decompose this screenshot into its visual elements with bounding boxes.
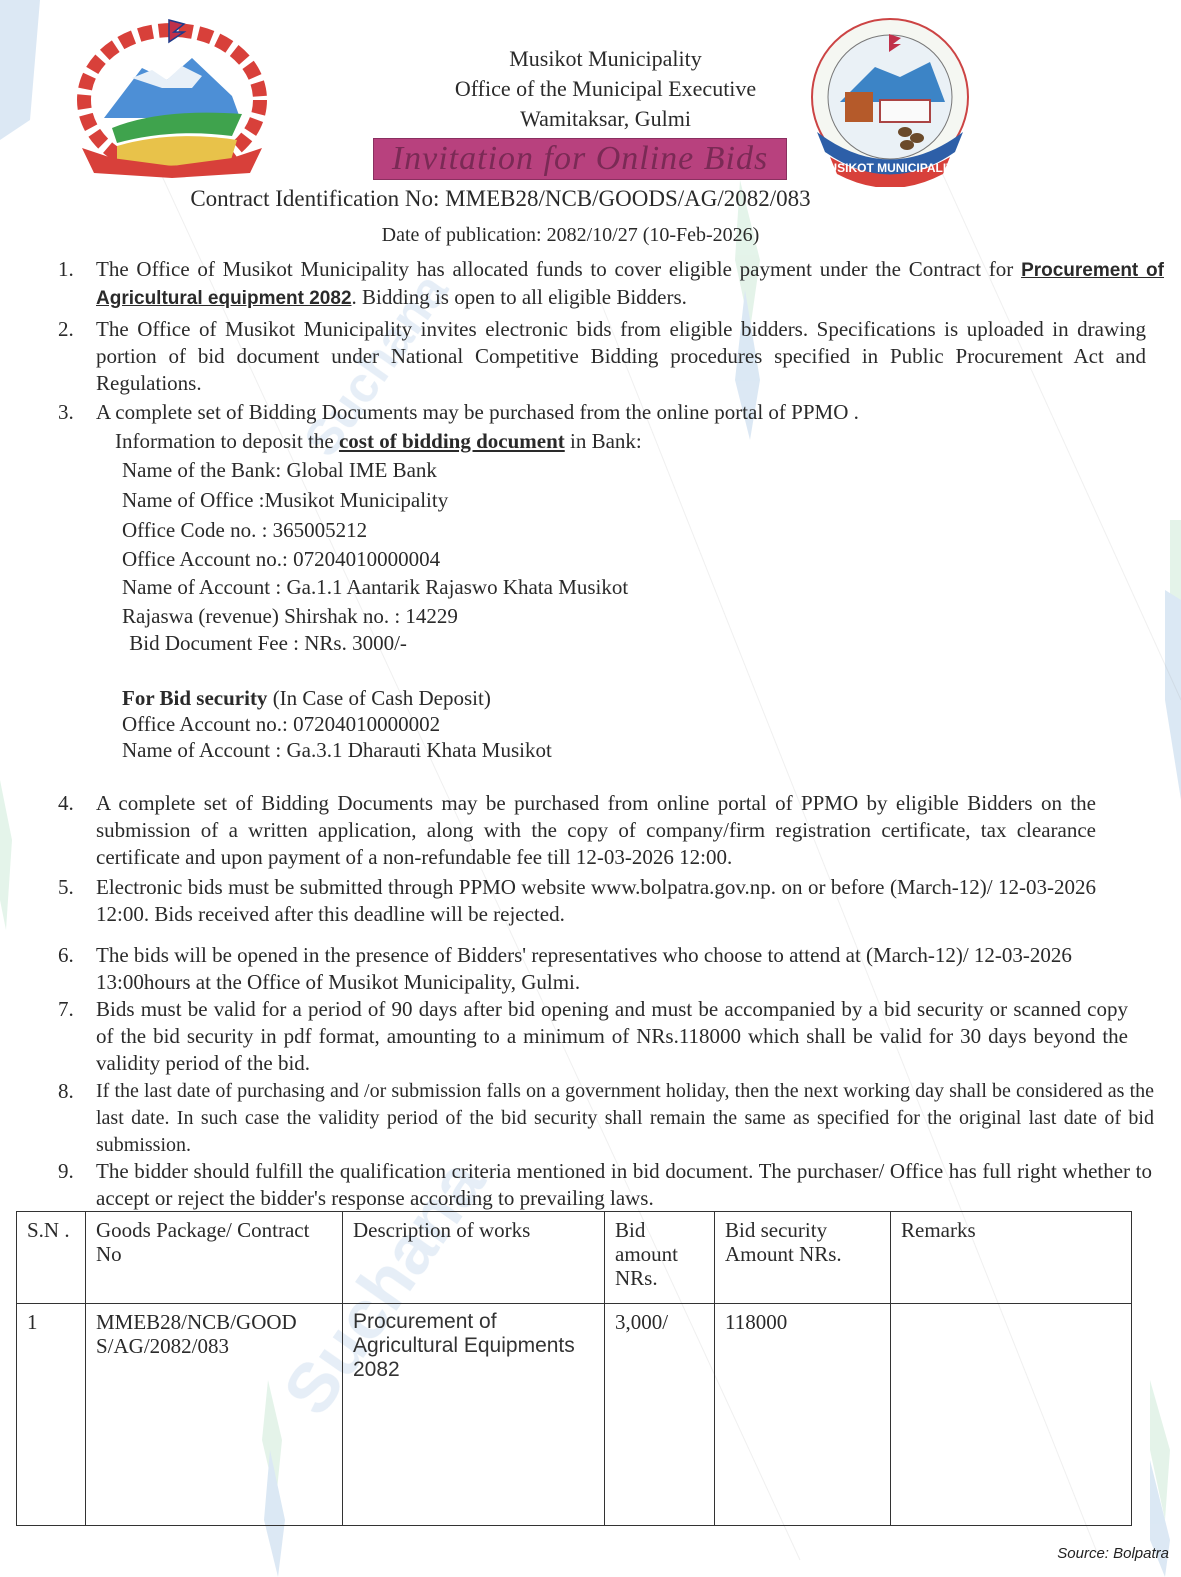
svg-text:MUSIKOT MUNICIPALITY: MUSIKOT MUNICIPALITY	[818, 161, 961, 175]
contract-identification: Contract Identification No: MMEB28/NCB/G…	[0, 186, 1091, 212]
cell-contract-no: MMEB28/NCB/GOOD S/AG/2082/083	[86, 1304, 343, 1526]
item-number: 7.	[58, 996, 74, 1023]
item-9-text: The bidder should fulfill the qualificat…	[96, 1158, 1152, 1212]
item-1-text: The Office of Musikot Municipality has a…	[96, 256, 1164, 312]
bid-document-fee: Bid Document Fee : NRs. 3000/-	[124, 630, 407, 657]
bank-line: Office Account no.: 07204010000004	[122, 546, 440, 573]
item-number: 8.	[58, 1078, 74, 1105]
item-8-text: If the last date of purchasing and /or s…	[96, 1078, 1154, 1159]
security-line: Office Account no.: 07204010000002	[122, 711, 440, 738]
item-number: 3.	[58, 399, 74, 426]
bank-line: Name of the Bank: Global IME Bank	[122, 457, 437, 484]
table-header-row: S.N . Goods Package/ Contract No Descrip…	[17, 1212, 1132, 1304]
bid-security-heading: For Bid security (In Case of Cash Deposi…	[122, 685, 491, 712]
cell-bid-security: 118000	[715, 1304, 891, 1526]
bank-line: Rajaswa (revenue) Shirshak no. : 14229	[122, 603, 458, 630]
item-7-text: Bids must be valid for a period of 90 da…	[96, 996, 1128, 1077]
cell-remarks	[891, 1304, 1132, 1526]
security-line: Name of Account : Ga.3.1 Dharauti Khata …	[122, 737, 552, 764]
office-address: Wamitaksar, Gulmi	[15, 106, 1181, 132]
item-1-line2: . Bidding is open to all eligible Bidder…	[352, 285, 687, 309]
deposit-info-suffix: in Bank:	[565, 429, 642, 453]
item-5-text: Electronic bids must be submitted throug…	[96, 874, 1096, 928]
item-4-text: A complete set of Bidding Documents may …	[96, 790, 1096, 871]
item-2-text: The Office of Musikot Municipality invit…	[96, 316, 1146, 397]
bank-line: Name of Office :Musikot Municipality	[122, 487, 448, 514]
document-title-banner: Invitation for Online Bids	[373, 138, 787, 180]
deposit-info-heading: Information to deposit the cost of biddi…	[115, 428, 642, 455]
cell-sn: 1	[17, 1304, 86, 1526]
item-3-text: A complete set of Bidding Documents may …	[96, 399, 1146, 426]
deposit-info-prefix: Information to deposit the	[115, 429, 339, 453]
item-number: 6.	[58, 942, 74, 969]
item-number: 9.	[58, 1158, 74, 1185]
cost-of-bidding-document: cost of bidding document	[339, 429, 565, 453]
bid-security-note: (In Case of Cash Deposit)	[267, 686, 490, 710]
cell-description: Procurement of Agricultural Equipments 2…	[343, 1304, 605, 1526]
bid-package-table: S.N . Goods Package/ Contract No Descrip…	[16, 1211, 1132, 1526]
publication-date: Date of publication: 2082/10/27 (10-Feb-…	[0, 224, 1161, 247]
item-1-line1: The Office of Musikot Municipality has a…	[96, 257, 1013, 281]
office-name: Office of the Municipal Executive	[15, 76, 1181, 102]
column-header-remarks: Remarks	[891, 1212, 1132, 1304]
cell-bid-amount: 3,000/	[605, 1304, 715, 1526]
municipality-name: Musikot Municipality	[15, 46, 1181, 72]
column-header-bid-security: Bid security Amount NRs.	[715, 1212, 891, 1304]
item-number: 2.	[58, 316, 74, 343]
table-row: 1 MMEB28/NCB/GOOD S/AG/2082/083 Procurem…	[17, 1304, 1132, 1526]
column-header-sn: S.N .	[17, 1212, 86, 1304]
bid-security-label: For Bid security	[122, 686, 267, 710]
item-6-text: The bids will be opened in the presence …	[96, 942, 1106, 996]
bank-line: Office Code no. : 365005212	[122, 517, 367, 544]
item-number: 5.	[58, 874, 74, 901]
item-number: 1.	[58, 256, 74, 283]
column-header-contract-no: Goods Package/ Contract No	[86, 1212, 343, 1304]
column-header-bid-amount: Bid amount NRs.	[605, 1212, 715, 1304]
source-credit: Source: Bolpatra	[1057, 1545, 1169, 1562]
bank-line: Name of Account : Ga.1.1 Aantarik Rajasw…	[122, 574, 628, 601]
column-header-description: Description of works	[343, 1212, 605, 1304]
item-number: 4.	[58, 790, 74, 817]
